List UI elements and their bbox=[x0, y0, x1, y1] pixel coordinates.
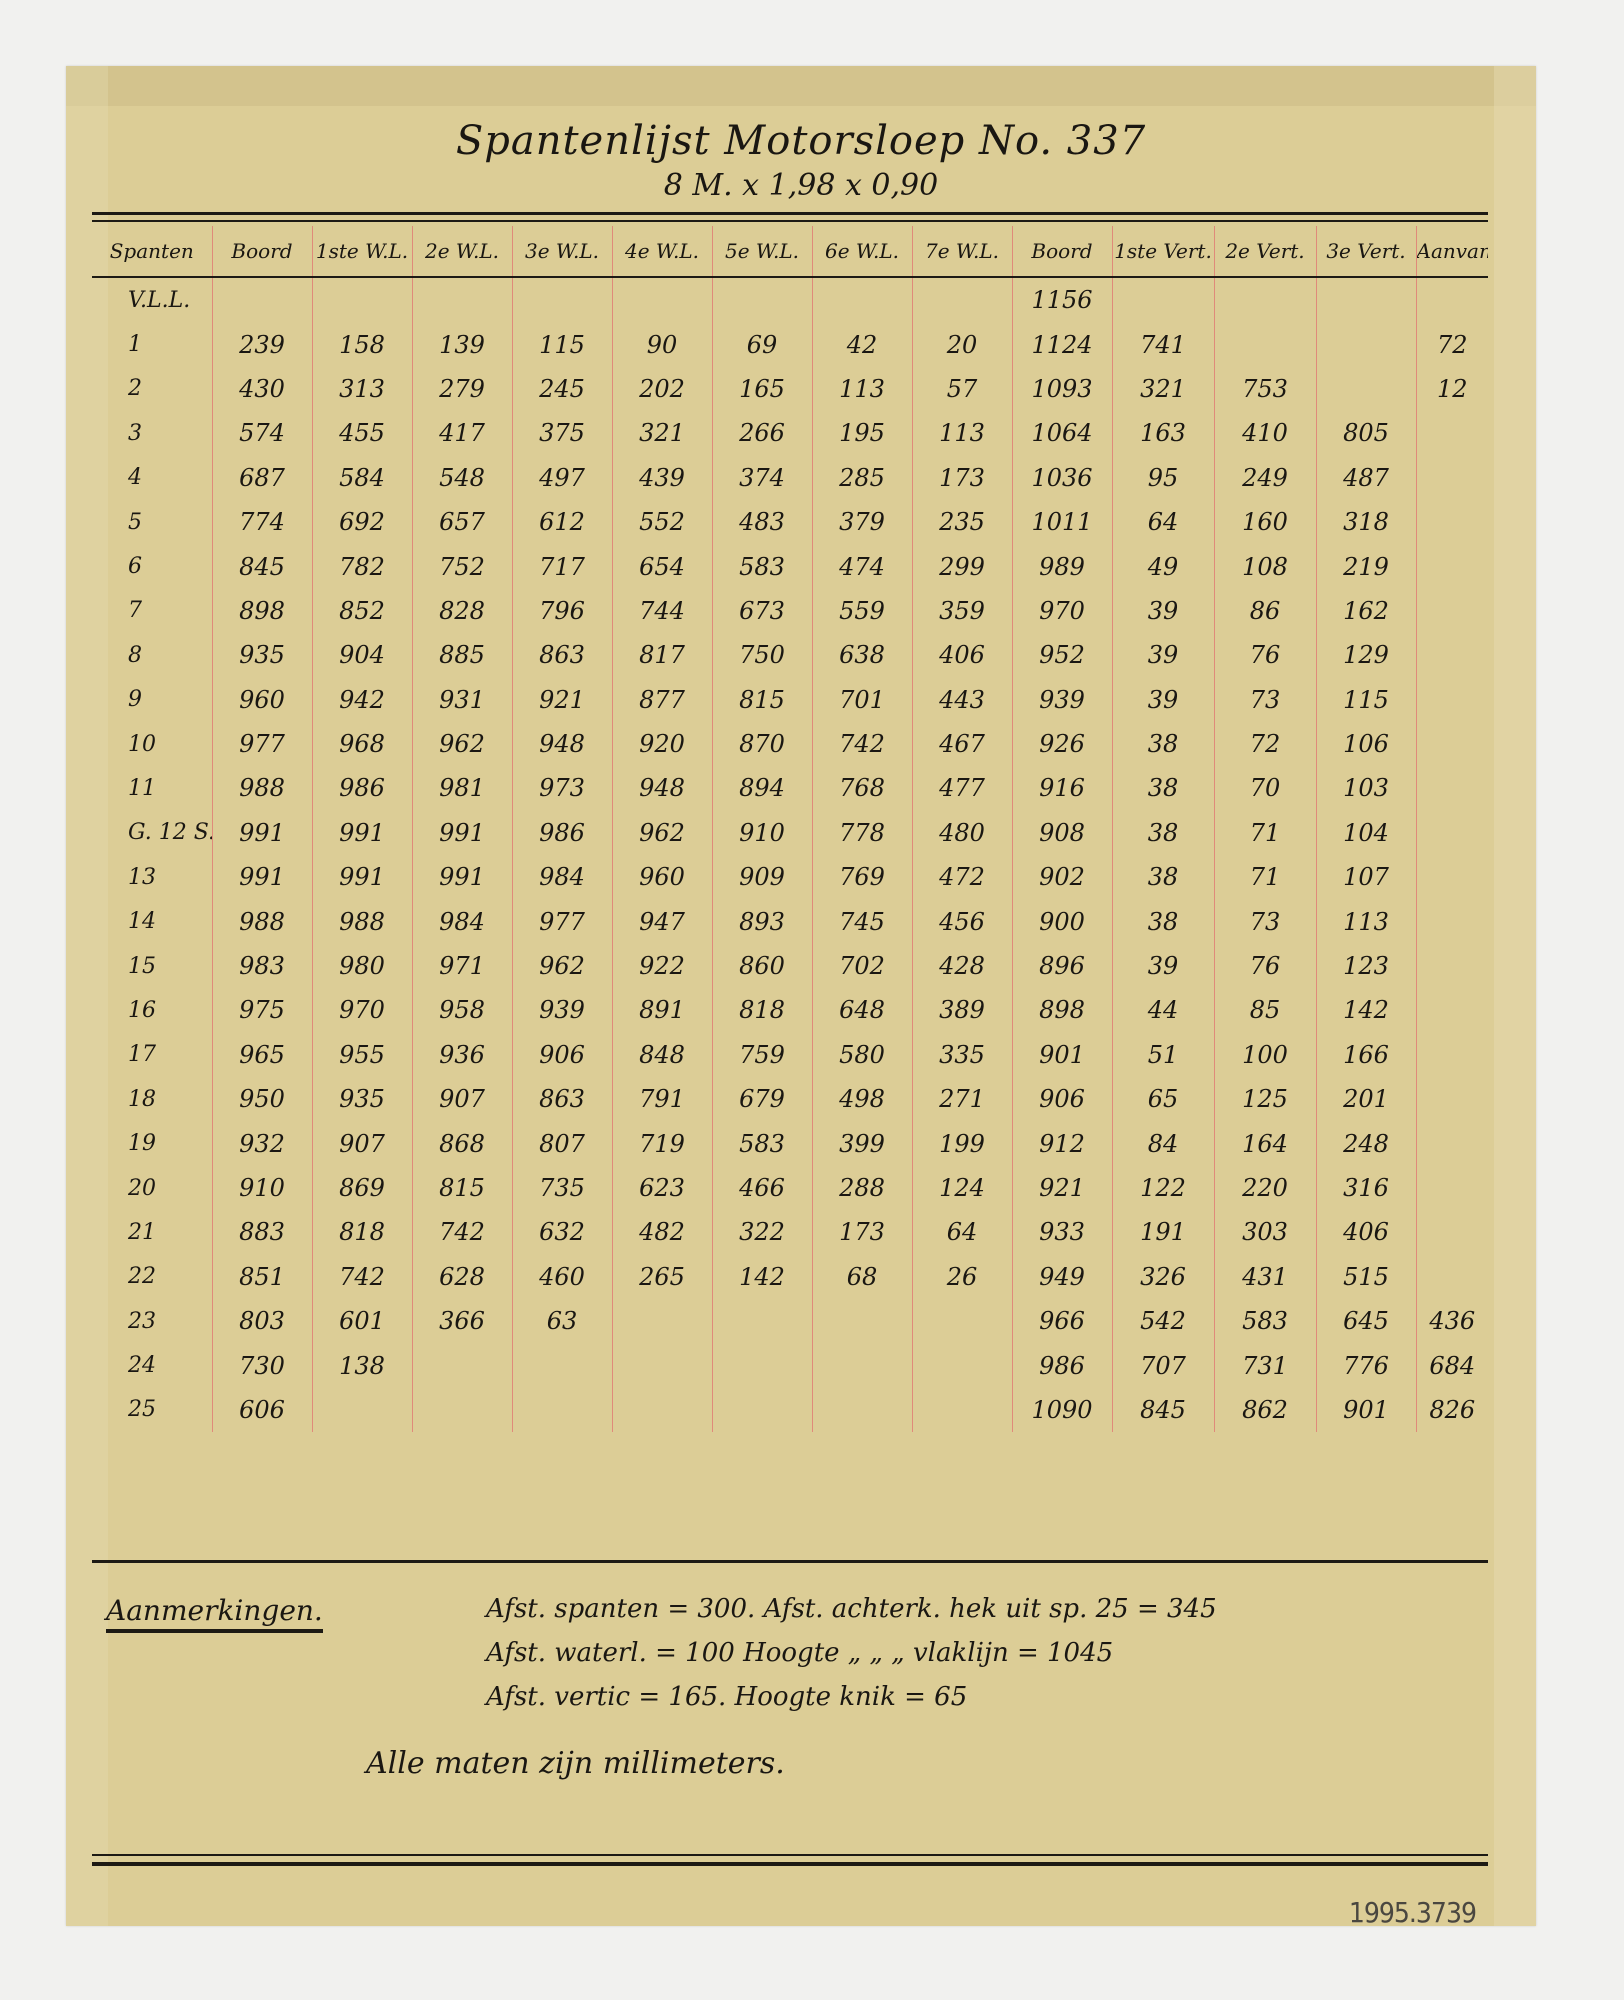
cell-value: 85 bbox=[1214, 988, 1316, 1032]
frame-label: 5 bbox=[92, 500, 212, 544]
cell-value: 63 bbox=[512, 1299, 612, 1343]
cell-value: 515 bbox=[1316, 1255, 1416, 1299]
cell-value: 922 bbox=[612, 944, 712, 988]
frame-label: 6 bbox=[92, 544, 212, 588]
cell-value: 72 bbox=[1214, 722, 1316, 766]
cell-value: 583 bbox=[712, 544, 812, 588]
cell-value: 249 bbox=[1214, 456, 1316, 500]
cell-value: 431 bbox=[1214, 1255, 1316, 1299]
cell-value: 318 bbox=[1316, 500, 1416, 544]
cell-value: 474 bbox=[812, 544, 912, 588]
cell-value: 38 bbox=[1112, 899, 1214, 943]
cell-value: 39 bbox=[1112, 633, 1214, 677]
frame-label: 24 bbox=[92, 1343, 212, 1387]
table-row: 169759709589398918186483898984485142 bbox=[92, 988, 1488, 1032]
table-bottom-rule bbox=[92, 1560, 1488, 1563]
cell-value: 984 bbox=[412, 899, 512, 943]
cell-value bbox=[612, 1299, 712, 1343]
cell-value: 542 bbox=[1112, 1299, 1214, 1343]
cell-value: 612 bbox=[512, 500, 612, 544]
table-row: 139919919919849609097694729023871107 bbox=[92, 855, 1488, 899]
cell-value: 322 bbox=[712, 1210, 812, 1254]
cell-value: 455 bbox=[312, 411, 412, 455]
table-row: 1796595593690684875958033590151100166 bbox=[92, 1033, 1488, 1077]
cell-value: 166 bbox=[1316, 1033, 1416, 1077]
cell-value bbox=[1416, 722, 1488, 766]
cell-value: 950 bbox=[212, 1077, 312, 1121]
frame-label: 20 bbox=[92, 1166, 212, 1210]
cell-value: 926 bbox=[1012, 722, 1112, 766]
cell-value: 359 bbox=[912, 589, 1012, 633]
frame-label: 11 bbox=[92, 766, 212, 810]
cell-value: 64 bbox=[1112, 500, 1214, 544]
cell-value: 477 bbox=[912, 766, 1012, 810]
cell-value: 584 bbox=[312, 456, 412, 500]
frame-table: SpantenBoord1ste W.L.2e W.L.3e W.L.4e W.… bbox=[92, 226, 1488, 1432]
cell-value: 908 bbox=[1012, 811, 1112, 855]
table-row: 149889889849779478937454569003873113 bbox=[92, 899, 1488, 943]
cell-value bbox=[1316, 277, 1416, 322]
cell-value: 981 bbox=[412, 766, 512, 810]
cell-value: 796 bbox=[512, 589, 612, 633]
frame-label: 13 bbox=[92, 855, 212, 899]
cell-value: 379 bbox=[812, 500, 912, 544]
cell-value: 103 bbox=[1316, 766, 1416, 810]
cell-value bbox=[912, 1343, 1012, 1387]
cell-value: 906 bbox=[1012, 1077, 1112, 1121]
cell-value: 44 bbox=[1112, 988, 1214, 1032]
cell-value: 191 bbox=[1112, 1210, 1214, 1254]
cell-value: 129 bbox=[1316, 633, 1416, 677]
cell-value: 807 bbox=[512, 1121, 612, 1165]
cell-value: 483 bbox=[712, 500, 812, 544]
cell-value: 574 bbox=[212, 411, 312, 455]
frame-label: 25 bbox=[92, 1388, 212, 1432]
cell-value bbox=[1416, 1121, 1488, 1165]
cell-value: 939 bbox=[1012, 678, 1112, 722]
column-header: Aanvang bbox=[1416, 226, 1488, 277]
cell-value: 20 bbox=[912, 322, 1012, 366]
cell-value bbox=[912, 1388, 1012, 1432]
cell-value: 826 bbox=[1416, 1388, 1488, 1432]
cell-value: 467 bbox=[912, 722, 1012, 766]
frame-label: 2 bbox=[92, 367, 212, 411]
cell-value: 898 bbox=[1012, 988, 1112, 1032]
cell-value: 498 bbox=[812, 1077, 912, 1121]
cell-value: 113 bbox=[1316, 899, 1416, 943]
cell-value bbox=[812, 1299, 912, 1343]
cell-value: 638 bbox=[812, 633, 912, 677]
cell-value: 948 bbox=[612, 766, 712, 810]
cell-value: 916 bbox=[1012, 766, 1112, 810]
cell-value: 406 bbox=[912, 633, 1012, 677]
table-row: 78988528287967446735593599703986162 bbox=[92, 589, 1488, 633]
cell-value bbox=[1112, 277, 1214, 322]
remark-line: Afst. vertic = 165. Hoogte knik = 65 bbox=[486, 1682, 967, 1712]
table-row: 2188381874263248232217364933191303406 bbox=[92, 1210, 1488, 1254]
cell-value bbox=[312, 277, 412, 322]
frame-label: 21 bbox=[92, 1210, 212, 1254]
table-row: 35744554173753212661951131064163410805 bbox=[92, 411, 1488, 455]
cell-value: 912 bbox=[1012, 1121, 1112, 1165]
table-row: 99609429319218778157014439393973115 bbox=[92, 678, 1488, 722]
units-note: Alle maten zijn millimeters. bbox=[366, 1746, 785, 1781]
cell-value: 366 bbox=[412, 1299, 512, 1343]
column-header: 3e Vert. bbox=[1316, 226, 1416, 277]
cell-value: 299 bbox=[912, 544, 1012, 588]
cell-value: 907 bbox=[312, 1121, 412, 1165]
cell-value: 26 bbox=[912, 1255, 1012, 1299]
frame-label: 23 bbox=[92, 1299, 212, 1343]
cell-value: 984 bbox=[512, 855, 612, 899]
cell-value: 730 bbox=[212, 1343, 312, 1387]
cell-value: 778 bbox=[812, 811, 912, 855]
table-body: V.L.L.1156123915813911590694220112474172… bbox=[92, 277, 1488, 1432]
cell-value: 439 bbox=[612, 456, 712, 500]
cell-value bbox=[1416, 277, 1488, 322]
cell-value: 673 bbox=[712, 589, 812, 633]
cell-value: 983 bbox=[212, 944, 312, 988]
cell-value: 962 bbox=[612, 811, 712, 855]
cell-value: 107 bbox=[1316, 855, 1416, 899]
cell-value: 326 bbox=[1112, 1255, 1214, 1299]
frame-label: 19 bbox=[92, 1121, 212, 1165]
cell-value: 1090 bbox=[1012, 1388, 1112, 1432]
cell-value: 1036 bbox=[1012, 456, 1112, 500]
top-rule bbox=[92, 212, 1488, 215]
cell-value: 69 bbox=[712, 322, 812, 366]
cell-value: 901 bbox=[1316, 1388, 1416, 1432]
cell-value: 158 bbox=[312, 322, 412, 366]
column-header: 1ste Vert. bbox=[1112, 226, 1214, 277]
cell-value: 904 bbox=[312, 633, 412, 677]
cell-value: 580 bbox=[812, 1033, 912, 1077]
cell-value: 909 bbox=[712, 855, 812, 899]
cell-value: 815 bbox=[412, 1166, 512, 1210]
table-row: 119889869819739488947684779163870103 bbox=[92, 766, 1488, 810]
column-header: 5e W.L. bbox=[712, 226, 812, 277]
cell-value: 39 bbox=[1112, 944, 1214, 988]
cell-value: 487 bbox=[1316, 456, 1416, 500]
table-row: 228517426284602651426826949326431515 bbox=[92, 1255, 1488, 1299]
cell-value: 142 bbox=[712, 1255, 812, 1299]
cell-value: 701 bbox=[812, 678, 912, 722]
cell-value: 958 bbox=[412, 988, 512, 1032]
cell-value: 717 bbox=[512, 544, 612, 588]
cell-value: 173 bbox=[912, 456, 1012, 500]
cell-value: 235 bbox=[912, 500, 1012, 544]
cell-value: 815 bbox=[712, 678, 812, 722]
cell-value: 123 bbox=[1316, 944, 1416, 988]
column-header: Boord bbox=[212, 226, 312, 277]
cell-value: 684 bbox=[1416, 1343, 1488, 1387]
cell-value bbox=[612, 1388, 712, 1432]
cell-value: 744 bbox=[612, 589, 712, 633]
cell-value: 991 bbox=[212, 855, 312, 899]
cell-value: 606 bbox=[212, 1388, 312, 1432]
cell-value: 902 bbox=[1012, 855, 1112, 899]
cell-value bbox=[1214, 322, 1316, 366]
cell-value bbox=[1416, 899, 1488, 943]
cell-value: 948 bbox=[512, 722, 612, 766]
frame-label: 15 bbox=[92, 944, 212, 988]
cell-value: 271 bbox=[912, 1077, 1012, 1121]
cell-value: 201 bbox=[1316, 1077, 1416, 1121]
column-header: Boord bbox=[1012, 226, 1112, 277]
cell-value: 108 bbox=[1214, 544, 1316, 588]
cell-value: 64 bbox=[912, 1210, 1012, 1254]
cell-value: 38 bbox=[1112, 811, 1214, 855]
cell-value: 162 bbox=[1316, 589, 1416, 633]
cell-value: 68 bbox=[812, 1255, 912, 1299]
frame-label: 8 bbox=[92, 633, 212, 677]
cell-value bbox=[1416, 855, 1488, 899]
cell-value: 966 bbox=[1012, 1299, 1112, 1343]
cell-value: 986 bbox=[1012, 1343, 1112, 1387]
cell-value: 321 bbox=[612, 411, 712, 455]
top-rule-inner bbox=[92, 220, 1488, 222]
cell-value: 942 bbox=[312, 678, 412, 722]
cell-value: 868 bbox=[412, 1121, 512, 1165]
cell-value: 921 bbox=[512, 678, 612, 722]
cell-value: 860 bbox=[712, 944, 812, 988]
cell-value: 113 bbox=[912, 411, 1012, 455]
cell-value: 86 bbox=[1214, 589, 1316, 633]
inventory-number: 1995.3739 bbox=[1349, 1896, 1476, 1929]
cell-value: 165 bbox=[712, 367, 812, 411]
cell-value: 896 bbox=[1012, 944, 1112, 988]
cell-value: 845 bbox=[212, 544, 312, 588]
table-row: 4687584548497439374285173103695249487 bbox=[92, 456, 1488, 500]
cell-value: 138 bbox=[312, 1343, 412, 1387]
cell-value: 893 bbox=[712, 899, 812, 943]
cell-value: 472 bbox=[912, 855, 1012, 899]
cell-value: 417 bbox=[412, 411, 512, 455]
cell-value: 601 bbox=[312, 1299, 412, 1343]
cell-value: 623 bbox=[612, 1166, 712, 1210]
cell-value: 313 bbox=[312, 367, 412, 411]
cell-value: 991 bbox=[312, 811, 412, 855]
cell-value bbox=[712, 277, 812, 322]
cell-value: 51 bbox=[1112, 1033, 1214, 1077]
cell-value bbox=[1416, 988, 1488, 1032]
cell-value: 335 bbox=[912, 1033, 1012, 1077]
cell-value: 239 bbox=[212, 322, 312, 366]
table-row: 256061090845862901826 bbox=[92, 1388, 1488, 1432]
cell-value: 71 bbox=[1214, 811, 1316, 855]
cell-value: 818 bbox=[712, 988, 812, 1032]
cell-value: 971 bbox=[412, 944, 512, 988]
cell-value: 991 bbox=[212, 811, 312, 855]
cell-value bbox=[1214, 277, 1316, 322]
cell-value bbox=[212, 277, 312, 322]
cell-value: 752 bbox=[412, 544, 512, 588]
cell-value: 164 bbox=[1214, 1121, 1316, 1165]
cell-value: 877 bbox=[612, 678, 712, 722]
column-header: 1ste W.L. bbox=[312, 226, 412, 277]
cell-value: 745 bbox=[812, 899, 912, 943]
cell-value: 436 bbox=[1416, 1299, 1488, 1343]
cell-value: 160 bbox=[1214, 500, 1316, 544]
remarks-heading: Aanmerkingen. bbox=[106, 1594, 323, 1633]
cell-value: 202 bbox=[612, 367, 712, 411]
table-header-row: SpantenBoord1ste W.L.2e W.L.3e W.L.4e W.… bbox=[92, 226, 1488, 277]
cell-value: 125 bbox=[1214, 1077, 1316, 1121]
cell-value: 38 bbox=[1112, 722, 1214, 766]
document-sheet: Spantenlijst Motorsloep No. 337 8 M. x 1… bbox=[66, 66, 1536, 1926]
cell-value: 939 bbox=[512, 988, 612, 1032]
cell-value: 39 bbox=[1112, 678, 1214, 722]
cell-value: 73 bbox=[1214, 678, 1316, 722]
cell-value bbox=[1416, 1166, 1488, 1210]
cell-value: 70 bbox=[1214, 766, 1316, 810]
cell-value: 219 bbox=[1316, 544, 1416, 588]
cell-value: 750 bbox=[712, 633, 812, 677]
cell-value: 1156 bbox=[1012, 277, 1112, 322]
cell-value bbox=[1316, 322, 1416, 366]
cell-value bbox=[512, 1343, 612, 1387]
cell-value bbox=[512, 277, 612, 322]
frame-label: 9 bbox=[92, 678, 212, 722]
cell-value: 679 bbox=[712, 1077, 812, 1121]
cell-value bbox=[812, 1388, 912, 1432]
bottom-rule-thin bbox=[92, 1854, 1488, 1856]
cell-value: 482 bbox=[612, 1210, 712, 1254]
cell-value: 901 bbox=[1012, 1033, 1112, 1077]
cell-value: 648 bbox=[812, 988, 912, 1032]
cell-value: 65 bbox=[1112, 1077, 1214, 1121]
cell-value: 980 bbox=[312, 944, 412, 988]
cell-value bbox=[1416, 1255, 1488, 1299]
cell-value: 988 bbox=[312, 899, 412, 943]
cell-value: 497 bbox=[512, 456, 612, 500]
cell-value: 583 bbox=[1214, 1299, 1316, 1343]
cell-value: 195 bbox=[812, 411, 912, 455]
cell-value bbox=[612, 277, 712, 322]
table-row: V.L.L.1156 bbox=[92, 277, 1488, 322]
cell-value: 460 bbox=[512, 1255, 612, 1299]
cell-value: 791 bbox=[612, 1077, 712, 1121]
cell-value: 862 bbox=[1214, 1388, 1316, 1432]
cell-value: 968 bbox=[312, 722, 412, 766]
cell-value: 805 bbox=[1316, 411, 1416, 455]
cell-value bbox=[712, 1388, 812, 1432]
cell-value: 163 bbox=[1112, 411, 1214, 455]
cell-value: 303 bbox=[1214, 1210, 1316, 1254]
cell-value: 443 bbox=[912, 678, 1012, 722]
table-row: 20910869815735623466288124921122220316 bbox=[92, 1166, 1488, 1210]
cell-value bbox=[412, 1388, 512, 1432]
cell-value: 742 bbox=[412, 1210, 512, 1254]
cell-value: 936 bbox=[412, 1033, 512, 1077]
cell-value: 288 bbox=[812, 1166, 912, 1210]
cell-value: 768 bbox=[812, 766, 912, 810]
cell-value: 702 bbox=[812, 944, 912, 988]
cell-value: 552 bbox=[612, 500, 712, 544]
cell-value: 719 bbox=[612, 1121, 712, 1165]
cell-value: 960 bbox=[212, 678, 312, 722]
cell-value: 947 bbox=[612, 899, 712, 943]
cell-value: 73 bbox=[1214, 899, 1316, 943]
table-row: 1895093590786379167949827190665125201 bbox=[92, 1077, 1488, 1121]
cell-value bbox=[812, 1343, 912, 1387]
cell-value: 910 bbox=[712, 811, 812, 855]
cell-value: 285 bbox=[812, 456, 912, 500]
cell-value: 466 bbox=[712, 1166, 812, 1210]
cell-value: 931 bbox=[412, 678, 512, 722]
column-header: 7e W.L. bbox=[912, 226, 1012, 277]
cell-value: 949 bbox=[1012, 1255, 1112, 1299]
cell-value: 265 bbox=[612, 1255, 712, 1299]
cell-value: 769 bbox=[812, 855, 912, 899]
cell-value: 113 bbox=[812, 367, 912, 411]
cell-value: 970 bbox=[312, 988, 412, 1032]
cell-value: 818 bbox=[312, 1210, 412, 1254]
cell-value: 869 bbox=[312, 1166, 412, 1210]
cell-value: 975 bbox=[212, 988, 312, 1032]
table-row: 159839809719629228607024288963976123 bbox=[92, 944, 1488, 988]
cell-value: 692 bbox=[312, 500, 412, 544]
cell-value: 115 bbox=[1316, 678, 1416, 722]
cell-value bbox=[1416, 944, 1488, 988]
cell-value bbox=[712, 1299, 812, 1343]
column-header: 6e W.L. bbox=[812, 226, 912, 277]
remark-line: Afst. waterl. = 100 Hoogte „ „ „ vlaklij… bbox=[486, 1638, 1113, 1668]
cell-value bbox=[612, 1343, 712, 1387]
cell-value: 852 bbox=[312, 589, 412, 633]
cell-value: 955 bbox=[312, 1033, 412, 1077]
cell-value: 106 bbox=[1316, 722, 1416, 766]
cell-value: 742 bbox=[812, 722, 912, 766]
frame-label: 3 bbox=[92, 411, 212, 455]
cell-value: 848 bbox=[612, 1033, 712, 1077]
cell-value bbox=[1416, 678, 1488, 722]
frame-label: 16 bbox=[92, 988, 212, 1032]
cell-value: 645 bbox=[1316, 1299, 1416, 1343]
cell-value: 321 bbox=[1112, 367, 1214, 411]
cell-value: 885 bbox=[412, 633, 512, 677]
cell-value: 960 bbox=[612, 855, 712, 899]
cell-value: 1124 bbox=[1012, 322, 1112, 366]
cell-value: 428 bbox=[912, 944, 1012, 988]
cell-value: 1064 bbox=[1012, 411, 1112, 455]
cell-value: 894 bbox=[712, 766, 812, 810]
cell-value: 12 bbox=[1416, 367, 1488, 411]
cell-value: 920 bbox=[612, 722, 712, 766]
cell-value: 891 bbox=[612, 988, 712, 1032]
cell-value: 735 bbox=[512, 1166, 612, 1210]
cell-value: 245 bbox=[512, 367, 612, 411]
cell-value: 115 bbox=[512, 322, 612, 366]
column-header: Spanten bbox=[92, 226, 212, 277]
table-row: 123915813911590694220112474172 bbox=[92, 322, 1488, 366]
cell-value: 38 bbox=[1112, 855, 1214, 899]
frame-label: V.L.L. bbox=[92, 277, 212, 322]
cell-value: 42 bbox=[812, 322, 912, 366]
cell-value: 742 bbox=[312, 1255, 412, 1299]
frame-label: 18 bbox=[92, 1077, 212, 1121]
cell-value bbox=[412, 277, 512, 322]
cell-value bbox=[1416, 811, 1488, 855]
document-subtitle: 8 M. x 1,98 x 0,90 bbox=[66, 168, 1536, 203]
table-row: 5774692657612552483379235101164160318 bbox=[92, 500, 1488, 544]
cell-value: 142 bbox=[1316, 988, 1416, 1032]
cell-value: 935 bbox=[312, 1077, 412, 1121]
cell-value bbox=[1416, 500, 1488, 544]
cell-value: 962 bbox=[512, 944, 612, 988]
cell-value: 122 bbox=[1112, 1166, 1214, 1210]
table-row: 109779689629489208707424679263872106 bbox=[92, 722, 1488, 766]
